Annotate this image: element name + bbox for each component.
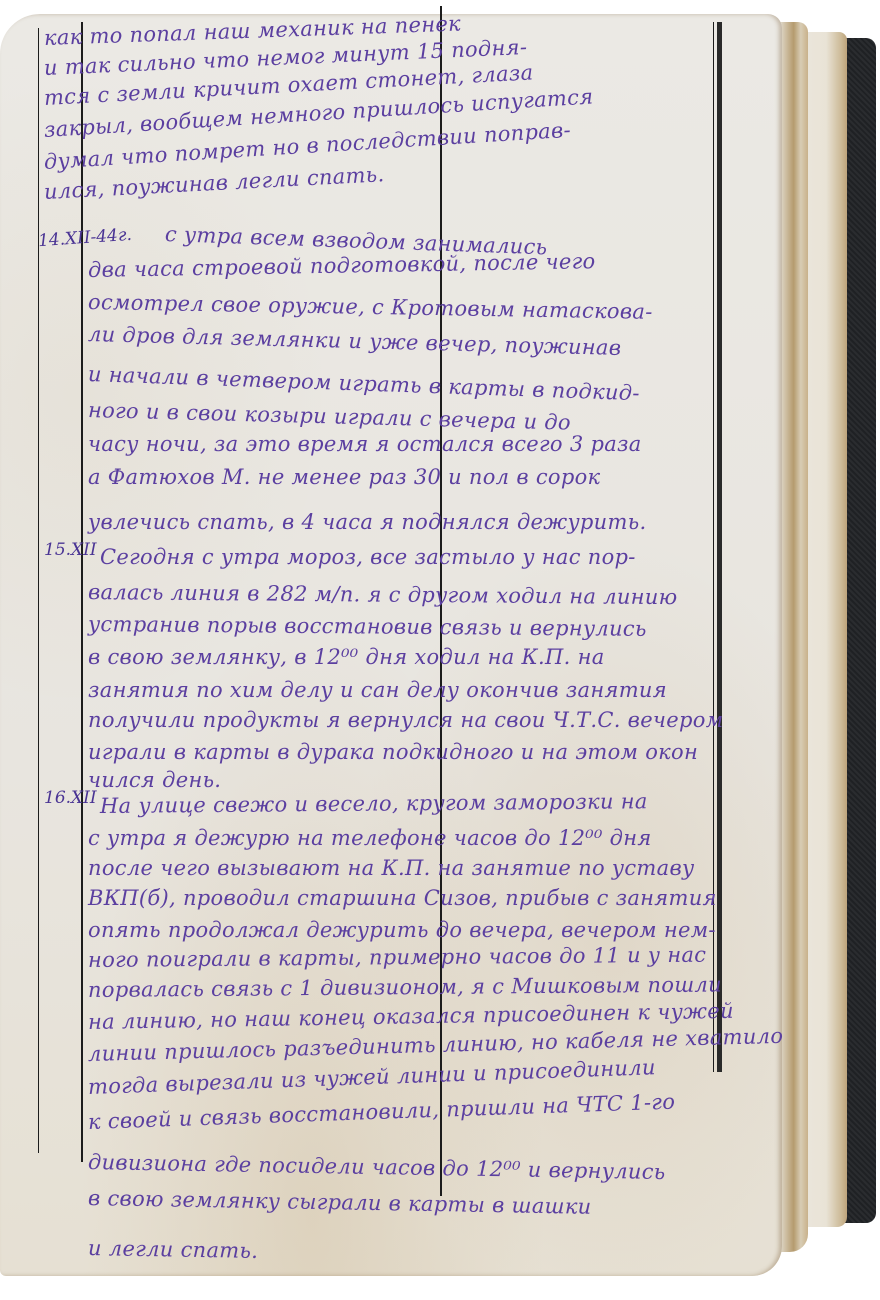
- notebook-cover: [842, 38, 876, 1223]
- text-line: а Фатюхов М. не менее раз 30 и пол в сор…: [88, 465, 600, 489]
- text-line: На улице свежо и весело, кругом заморозк…: [100, 789, 648, 818]
- text-line: валась линия в 282 м/п. я с другом ходил…: [88, 580, 678, 609]
- text-line: устранив порыв восстановив связь и верну…: [88, 612, 647, 641]
- text-line: в свою землянку, в 12⁰⁰ дня ходил на К.П…: [88, 645, 605, 669]
- entry-date: 15.XII: [44, 540, 97, 560]
- text-line: с утра я дежурю на телефоне часов до 12⁰…: [88, 826, 652, 850]
- text-line: и легли спать.: [88, 1236, 259, 1263]
- text-line: увлечись спать, в 4 часа я поднялся дежу…: [88, 510, 646, 534]
- text-line: занятия по хим делу и сан делу окончив з…: [88, 678, 667, 702]
- text-line: играли в карты в дурака подкидного и на …: [88, 740, 698, 764]
- text-line: после чего вызывают на К.П. на занятие п…: [88, 856, 694, 880]
- right-rule-line-thick: [717, 22, 722, 1072]
- text-line: получили продукты я вернулся на свои Ч.Т…: [88, 708, 723, 732]
- margin-rule-line: [38, 28, 39, 1153]
- text-line: часу ночи, за это время я остался всего …: [88, 432, 642, 456]
- text-line: опять продолжал дежурить до вечера, вече…: [88, 918, 716, 942]
- text-line: чился день.: [88, 768, 221, 792]
- right-rule-line: [713, 22, 714, 1072]
- text-line: ВКП(б), проводил старшина Сизов, прибыв …: [88, 886, 717, 910]
- text-line: Сегодня с утра мороз, все застыло у нас …: [100, 545, 636, 569]
